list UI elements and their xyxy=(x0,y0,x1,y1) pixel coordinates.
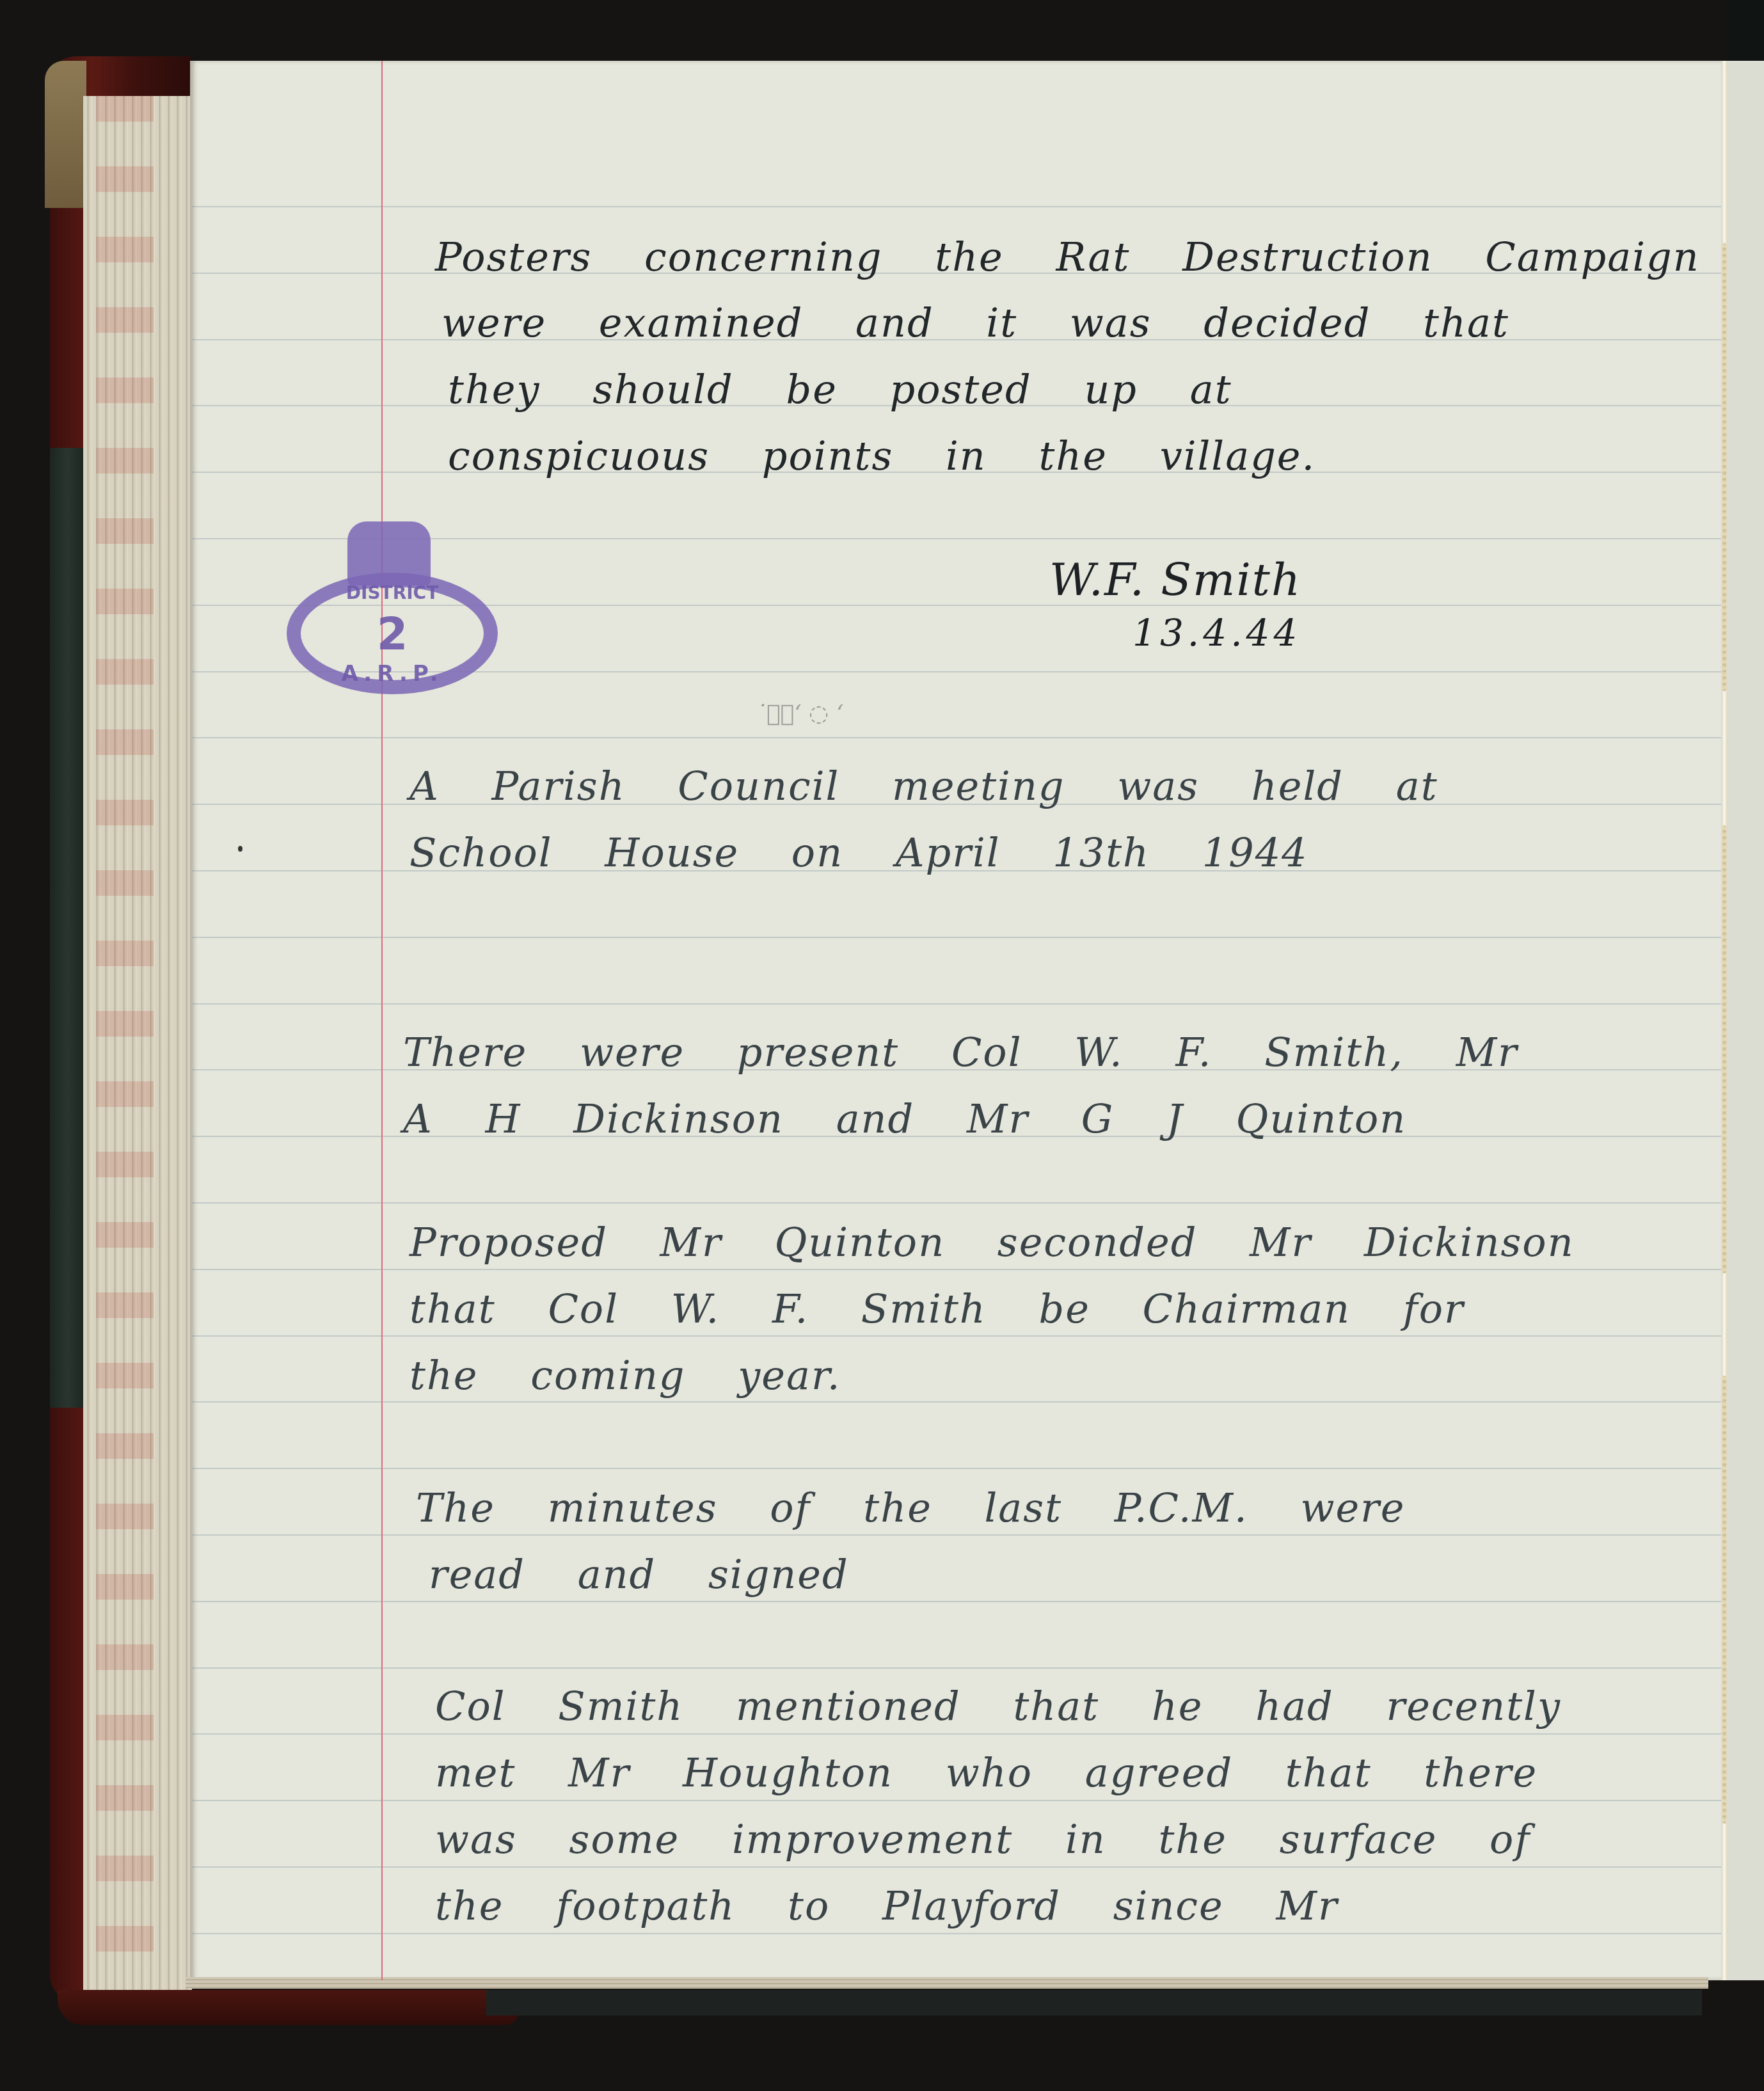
handwritten-line: were examined and it was decided that xyxy=(441,299,1509,346)
ruled-line xyxy=(192,1800,1724,1801)
ink-spot xyxy=(238,846,242,852)
handwritten-line: that Col W. F. Smith be Chairman for xyxy=(409,1285,1465,1332)
book-cover-bottom xyxy=(58,1990,518,2025)
handwritten-line: met Mr Houghton who agreed that there xyxy=(435,1749,1538,1796)
stamp-bottom-text: A.R.P. xyxy=(287,661,498,687)
handwritten-line: the footpath to Playford since Mr xyxy=(435,1882,1339,1929)
ruled-line xyxy=(192,937,1724,938)
signature-date: 13.4.44 xyxy=(1132,611,1301,655)
ruled-line xyxy=(192,1601,1724,1602)
ruled-line xyxy=(192,1401,1724,1403)
ruled-line xyxy=(192,1003,1724,1005)
ruled-line xyxy=(192,737,1724,738)
red-margin-line xyxy=(381,61,383,1980)
handwritten-line: read and signed xyxy=(429,1551,849,1598)
page-edges-red-stain xyxy=(96,96,154,1990)
ruled-line xyxy=(192,1534,1724,1536)
handwritten-line: they should be posted up at xyxy=(448,366,1232,413)
handwritten-line: There were present Col W. F. Smith, Mr xyxy=(403,1029,1518,1076)
handwritten-line: was some improvement in the surface of xyxy=(435,1816,1530,1863)
ruled-line xyxy=(192,1468,1724,1469)
book-cover-cloth xyxy=(50,448,85,1408)
binding-thread xyxy=(1722,243,1726,691)
page-bottom-edge xyxy=(186,1977,1708,1989)
signature: W.F. Smith xyxy=(1049,553,1301,606)
ruled-line xyxy=(192,1733,1724,1735)
handwritten-line: Posters concerning the Rat Destruction C… xyxy=(435,234,1700,280)
handwritten-line: the coming year. xyxy=(409,1352,841,1399)
handwritten-line: Col Smith mentioned that he had recently xyxy=(435,1683,1561,1729)
stamp-number: 2 xyxy=(287,608,498,660)
handwritten-line: A Parish Council meeting was held at xyxy=(409,763,1438,809)
handwritten-line: The minutes of the last P.C.M. were xyxy=(416,1484,1406,1531)
handwritten-line: School House on April 13th 1944 xyxy=(409,829,1308,876)
book-cover-worn-corner xyxy=(45,61,86,208)
ruled-line xyxy=(192,1202,1724,1204)
handwritten-line: Proposed Mr Quinton seconded Mr Dickinso… xyxy=(409,1219,1575,1266)
binding-thread xyxy=(1722,1376,1726,1824)
handwritten-line: A H Dickinson and Mr G J Quinton xyxy=(403,1095,1406,1142)
ruled-line xyxy=(192,1933,1724,1934)
faint-offset-marks: ˙ﾞ、ʻ ◌ ʻ xyxy=(755,701,883,726)
ruled-line xyxy=(192,206,1724,207)
arp-district-stamp: DISTRICT 2 A.R.P. xyxy=(287,521,504,694)
handwritten-line: conspicuous points in the village. xyxy=(448,433,1315,479)
ruled-line xyxy=(192,1866,1724,1868)
facing-page-edge xyxy=(1728,61,1764,1980)
stamp-top-text: DISTRICT xyxy=(287,582,498,603)
background-dark xyxy=(1728,0,1764,61)
ruled-line xyxy=(192,1269,1724,1270)
ruled-line xyxy=(192,1667,1724,1669)
binding-thread xyxy=(1722,825,1726,1273)
book-cover-bottom-cloth xyxy=(486,1990,1702,2015)
ruled-line xyxy=(192,1335,1724,1337)
